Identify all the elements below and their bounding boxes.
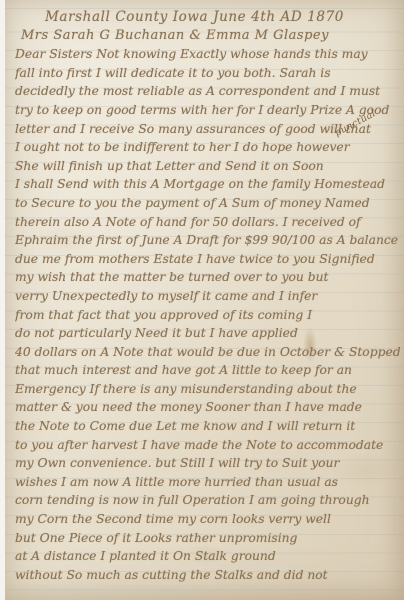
letter-line: fall into first I will dedicate it to yo… — [15, 64, 400, 83]
letter-line: the Note to Come due Let me know and I w… — [15, 417, 400, 436]
letter-page: Marshall County Iowa June 4th AD 1870 Mr… — [5, 0, 404, 600]
letter-line: to Secure to you the payment of A Sum of… — [15, 194, 400, 213]
letter-line: Dear Sisters Not knowing Exactly whose h… — [15, 45, 400, 64]
letter-line: my Own convenience. but Still I will try… — [15, 454, 400, 473]
letter-line: wishes I am now A little more hurried th… — [15, 473, 400, 492]
letter-line: corn tending is now in full Operation I … — [15, 491, 400, 510]
letter-line: to you after harvest I have made the Not… — [15, 436, 400, 455]
letter-line: without So much as cutting the Stalks an… — [15, 566, 400, 585]
letter-line: She will finish up that Letter and Send … — [15, 157, 400, 176]
letter-line: Emergency If there is any misunderstandi… — [15, 380, 400, 399]
letter-content: Marshall County Iowa June 4th AD 1870 Mr… — [15, 8, 400, 584]
letter-line: Ephraim the first of June A Draft for $9… — [15, 231, 400, 250]
letter-scan: { "letter": { "dateline": "Marshall Coun… — [0, 0, 404, 600]
letter-line: verry Unexpectedly to myself it came and… — [15, 287, 400, 306]
letter-line: I shall Send with this A Mortgage on the… — [15, 175, 400, 194]
letter-line: try to keep on good terms with her for I… — [15, 101, 400, 120]
letter-line: decidedly the most reliable as A corresp… — [15, 82, 400, 101]
letter-line: my Corn the Second time my corn looks ve… — [15, 510, 400, 529]
letter-line: my wish that the matter be turned over t… — [15, 268, 400, 287]
recipients-line: Mrs Sarah G Buchanan & Emma M Glaspey — [21, 27, 400, 46]
letter-line: from that fact that you approved of its … — [15, 306, 400, 325]
letter-line: 40 dollars on A Note that would be due i… — [15, 343, 400, 362]
letter-line: due me from mothers Estate I have twice … — [15, 250, 400, 269]
dateline: Marshall County Iowa June 4th AD 1870 — [45, 8, 400, 27]
letter-line: do not particularly Need it but I have a… — [15, 324, 400, 343]
letter-line: I ought not to be indifferent to her I d… — [15, 138, 400, 157]
letter-line: therein also A Note of hand for 50 dolla… — [15, 213, 400, 232]
letter-line: at A distance I planted it On Stalk grou… — [15, 547, 400, 566]
letter-line: matter & you need the money Sooner than … — [15, 398, 400, 417]
letter-line: but One Piece of it Looks rather unpromi… — [15, 529, 400, 548]
letter-line: that much interest and have got A little… — [15, 361, 400, 380]
